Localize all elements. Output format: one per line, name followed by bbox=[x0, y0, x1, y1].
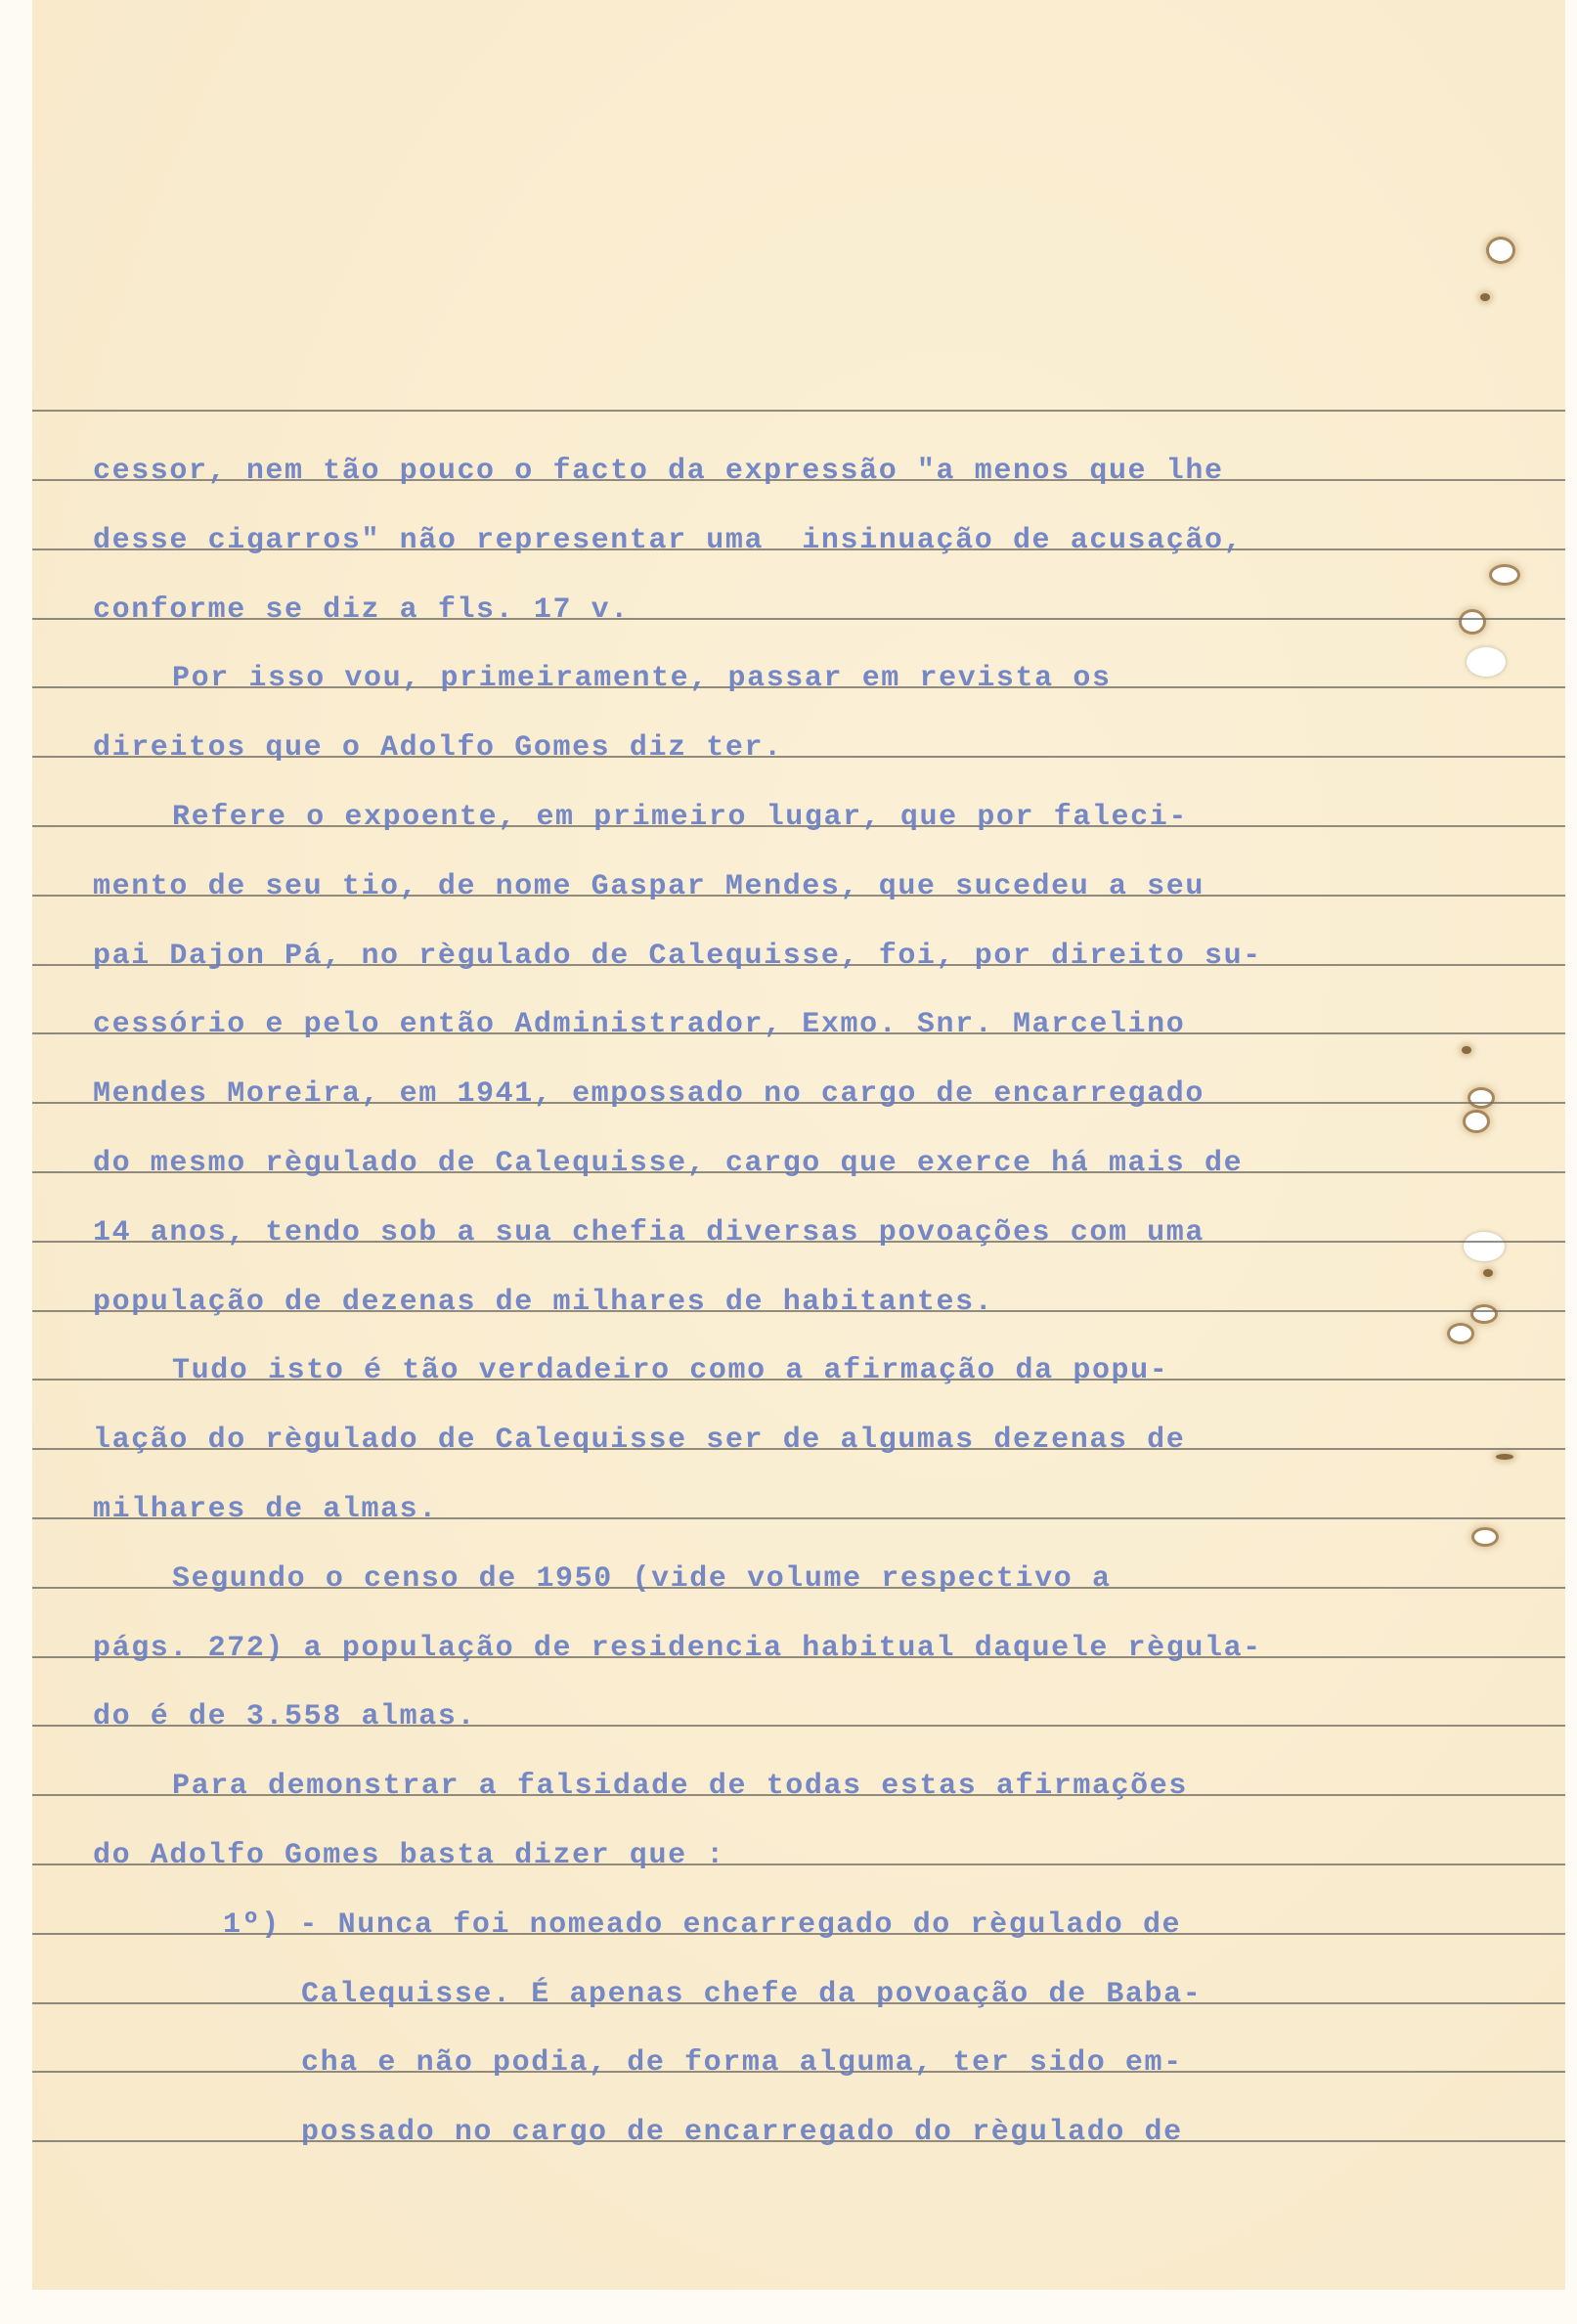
text-line: conforme se diz a fls. 17 v. bbox=[93, 592, 630, 628]
pin-mark-icon bbox=[1496, 1454, 1513, 1460]
text-line: Para demonstrar a falsidade de todas est… bbox=[172, 1769, 1188, 1804]
pin-mark-icon bbox=[1480, 293, 1490, 301]
text-line: população de dezenas de milhares de habi… bbox=[93, 1285, 993, 1320]
text-line: Segundo o censo de 1950 (vide volume res… bbox=[172, 1561, 1112, 1597]
text-line: lação do règulado de Calequisse ser de a… bbox=[93, 1423, 1185, 1458]
pin-mark-icon bbox=[1462, 1046, 1471, 1054]
text-line: mento de seu tio, de nome Gaspar Mendes,… bbox=[93, 869, 1205, 904]
pin-mark-icon bbox=[1483, 1269, 1493, 1277]
punch-hole-icon bbox=[1464, 1232, 1505, 1261]
text-line: pai Dajon Pá, no règulado de Calequisse,… bbox=[93, 939, 1262, 974]
text-line: cessor, nem tão pouco o facto da express… bbox=[93, 454, 1224, 489]
text-line: possado no cargo de encarregado do règul… bbox=[301, 2115, 1183, 2150]
text-line: págs. 272) a população de residencia hab… bbox=[93, 1631, 1262, 1666]
text-line: do é de 3.558 almas. bbox=[93, 1699, 476, 1734]
punch-hole-icon bbox=[1492, 567, 1517, 583]
text-line: do Adolfo Gomes basta dizer que : bbox=[93, 1838, 725, 1873]
document-page: cessor, nem tão pouco o facto da express… bbox=[32, 0, 1565, 2290]
punch-hole-icon bbox=[1489, 240, 1512, 261]
punch-hole-icon bbox=[1462, 612, 1483, 632]
text-line: Mendes Moreira, em 1941, empossado no ca… bbox=[93, 1076, 1205, 1112]
punch-hole-icon bbox=[1466, 1113, 1487, 1130]
ruled-line bbox=[32, 410, 1565, 412]
text-line: Refere o expoente, em primeiro lugar, qu… bbox=[172, 800, 1188, 835]
text-line: milhares de almas. bbox=[93, 1492, 438, 1527]
text-line: Tudo isto é tão verdadeiro como a afirma… bbox=[172, 1353, 1168, 1388]
text-line: 14 anos, tendo sob a sua chefia diversas… bbox=[93, 1215, 1205, 1250]
text-line: do mesmo règulado de Calequisse, cargo q… bbox=[93, 1146, 1243, 1181]
text-line: cessório e pelo então Administrador, Exm… bbox=[93, 1007, 1185, 1042]
text-line: direitos que o Adolfo Gomes diz ter. bbox=[93, 730, 783, 766]
text-line: desse cigarros" não representar uma insi… bbox=[93, 523, 1243, 558]
text-line: Calequisse. É apenas chefe da povoação d… bbox=[301, 1977, 1202, 2012]
punch-hole-icon bbox=[1467, 647, 1506, 677]
text-line: Por isso vou, primeiramente, passar em r… bbox=[172, 661, 1112, 696]
text-line: cha e não podia, de forma alguma, ter si… bbox=[301, 2045, 1183, 2081]
punch-hole-icon bbox=[1474, 1530, 1496, 1544]
text-line: 1º) - Nunca foi nomeado encarregado do r… bbox=[223, 1907, 1181, 1943]
punch-hole-icon bbox=[1450, 1326, 1471, 1341]
